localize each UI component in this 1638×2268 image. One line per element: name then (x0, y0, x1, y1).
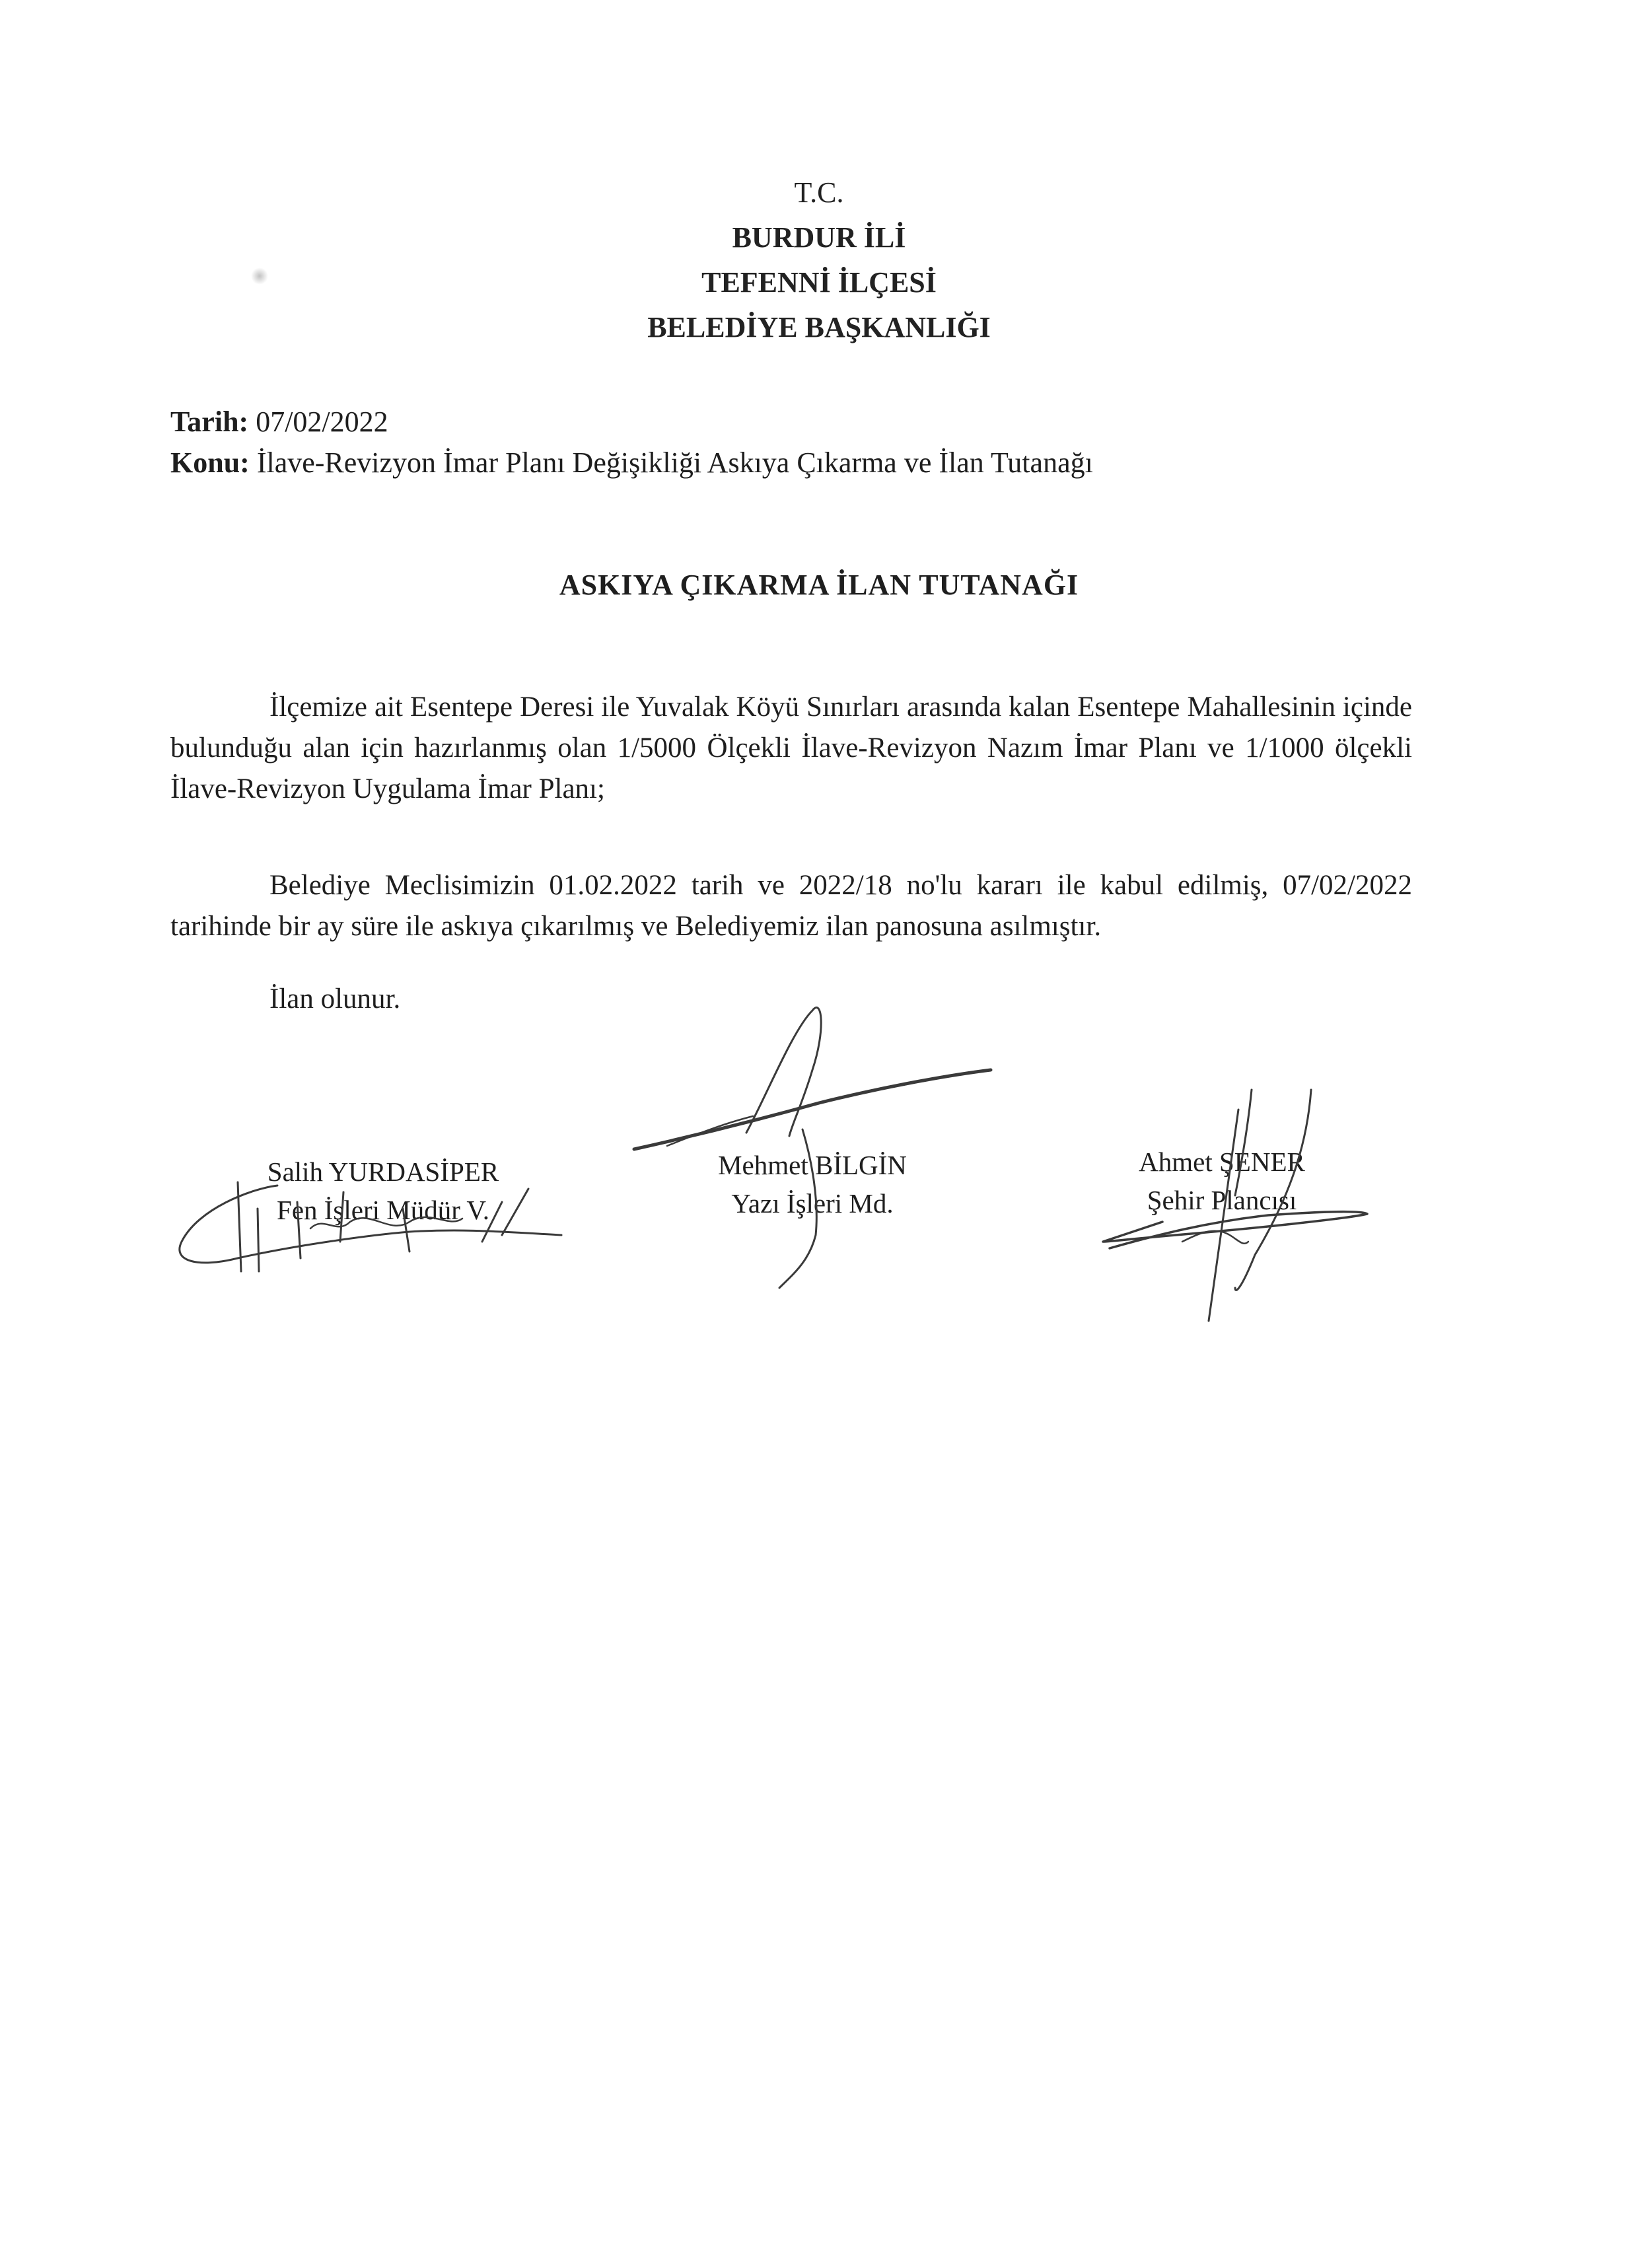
signature-block-3: Ahmet ŞENER Şehir Plancısı (1083, 1143, 1361, 1219)
letterhead-district: TEFENNİ İLÇESİ (0, 260, 1638, 305)
date-value: 07/02/2022 (256, 406, 388, 438)
body-paragraph-1: İlçemize ait Esentepe Deresi ile Yuvalak… (170, 687, 1412, 810)
paragraph-1-text: İlçemize ait Esentepe Deresi ile Yuvalak… (170, 691, 1412, 804)
signature-block-1: Salih YURDASİPER Fen İşleri Müdür V. (225, 1152, 542, 1229)
closing-line: İlan olunur. (269, 983, 400, 1015)
signatory-title: Fen İşleri Müdür V. (225, 1191, 542, 1229)
subject-value: İlave-Revizyon İmar Planı Değişikliği As… (257, 446, 1093, 479)
signatory-name: Salih YURDASİPER (225, 1152, 542, 1191)
signature-block-2: Mehmet BİLGİN Yazı İşleri Md. (674, 1146, 951, 1223)
document-title: ASKIYA ÇIKARMA İLAN TUTANAĞI (0, 568, 1638, 602)
body-paragraph-2: Belediye Meclisimizin 01.02.2022 tarih v… (170, 865, 1412, 947)
letterhead-province: BURDUR İLİ (0, 215, 1638, 260)
letterhead: T.C. BURDUR İLİ TEFENNİ İLÇESİ BELEDİYE … (0, 170, 1638, 350)
document-meta: Tarih: 07/02/2022 Konu: İlave-Revizyon İ… (170, 402, 1093, 483)
date-row: Tarih: 07/02/2022 (170, 402, 1093, 443)
subject-label: Konu: (170, 446, 250, 479)
paragraph-2-text: Belediye Meclisimizin 01.02.2022 tarih v… (170, 870, 1412, 942)
letterhead-municipality: BELEDİYE BAŞKANLIĞI (0, 305, 1638, 350)
signatory-title: Şehir Plancısı (1083, 1181, 1361, 1219)
subject-row: Konu: İlave-Revizyon İmar Planı Değişikl… (170, 443, 1093, 483)
signatory-name: Mehmet BİLGİN (674, 1146, 951, 1184)
letterhead-tc: T.C. (0, 170, 1638, 215)
date-label: Tarih: (170, 406, 248, 438)
signature-2-icon (634, 1070, 991, 1149)
signatory-title: Yazı İşleri Md. (674, 1184, 951, 1223)
signatory-name: Ahmet ŞENER (1083, 1143, 1361, 1181)
